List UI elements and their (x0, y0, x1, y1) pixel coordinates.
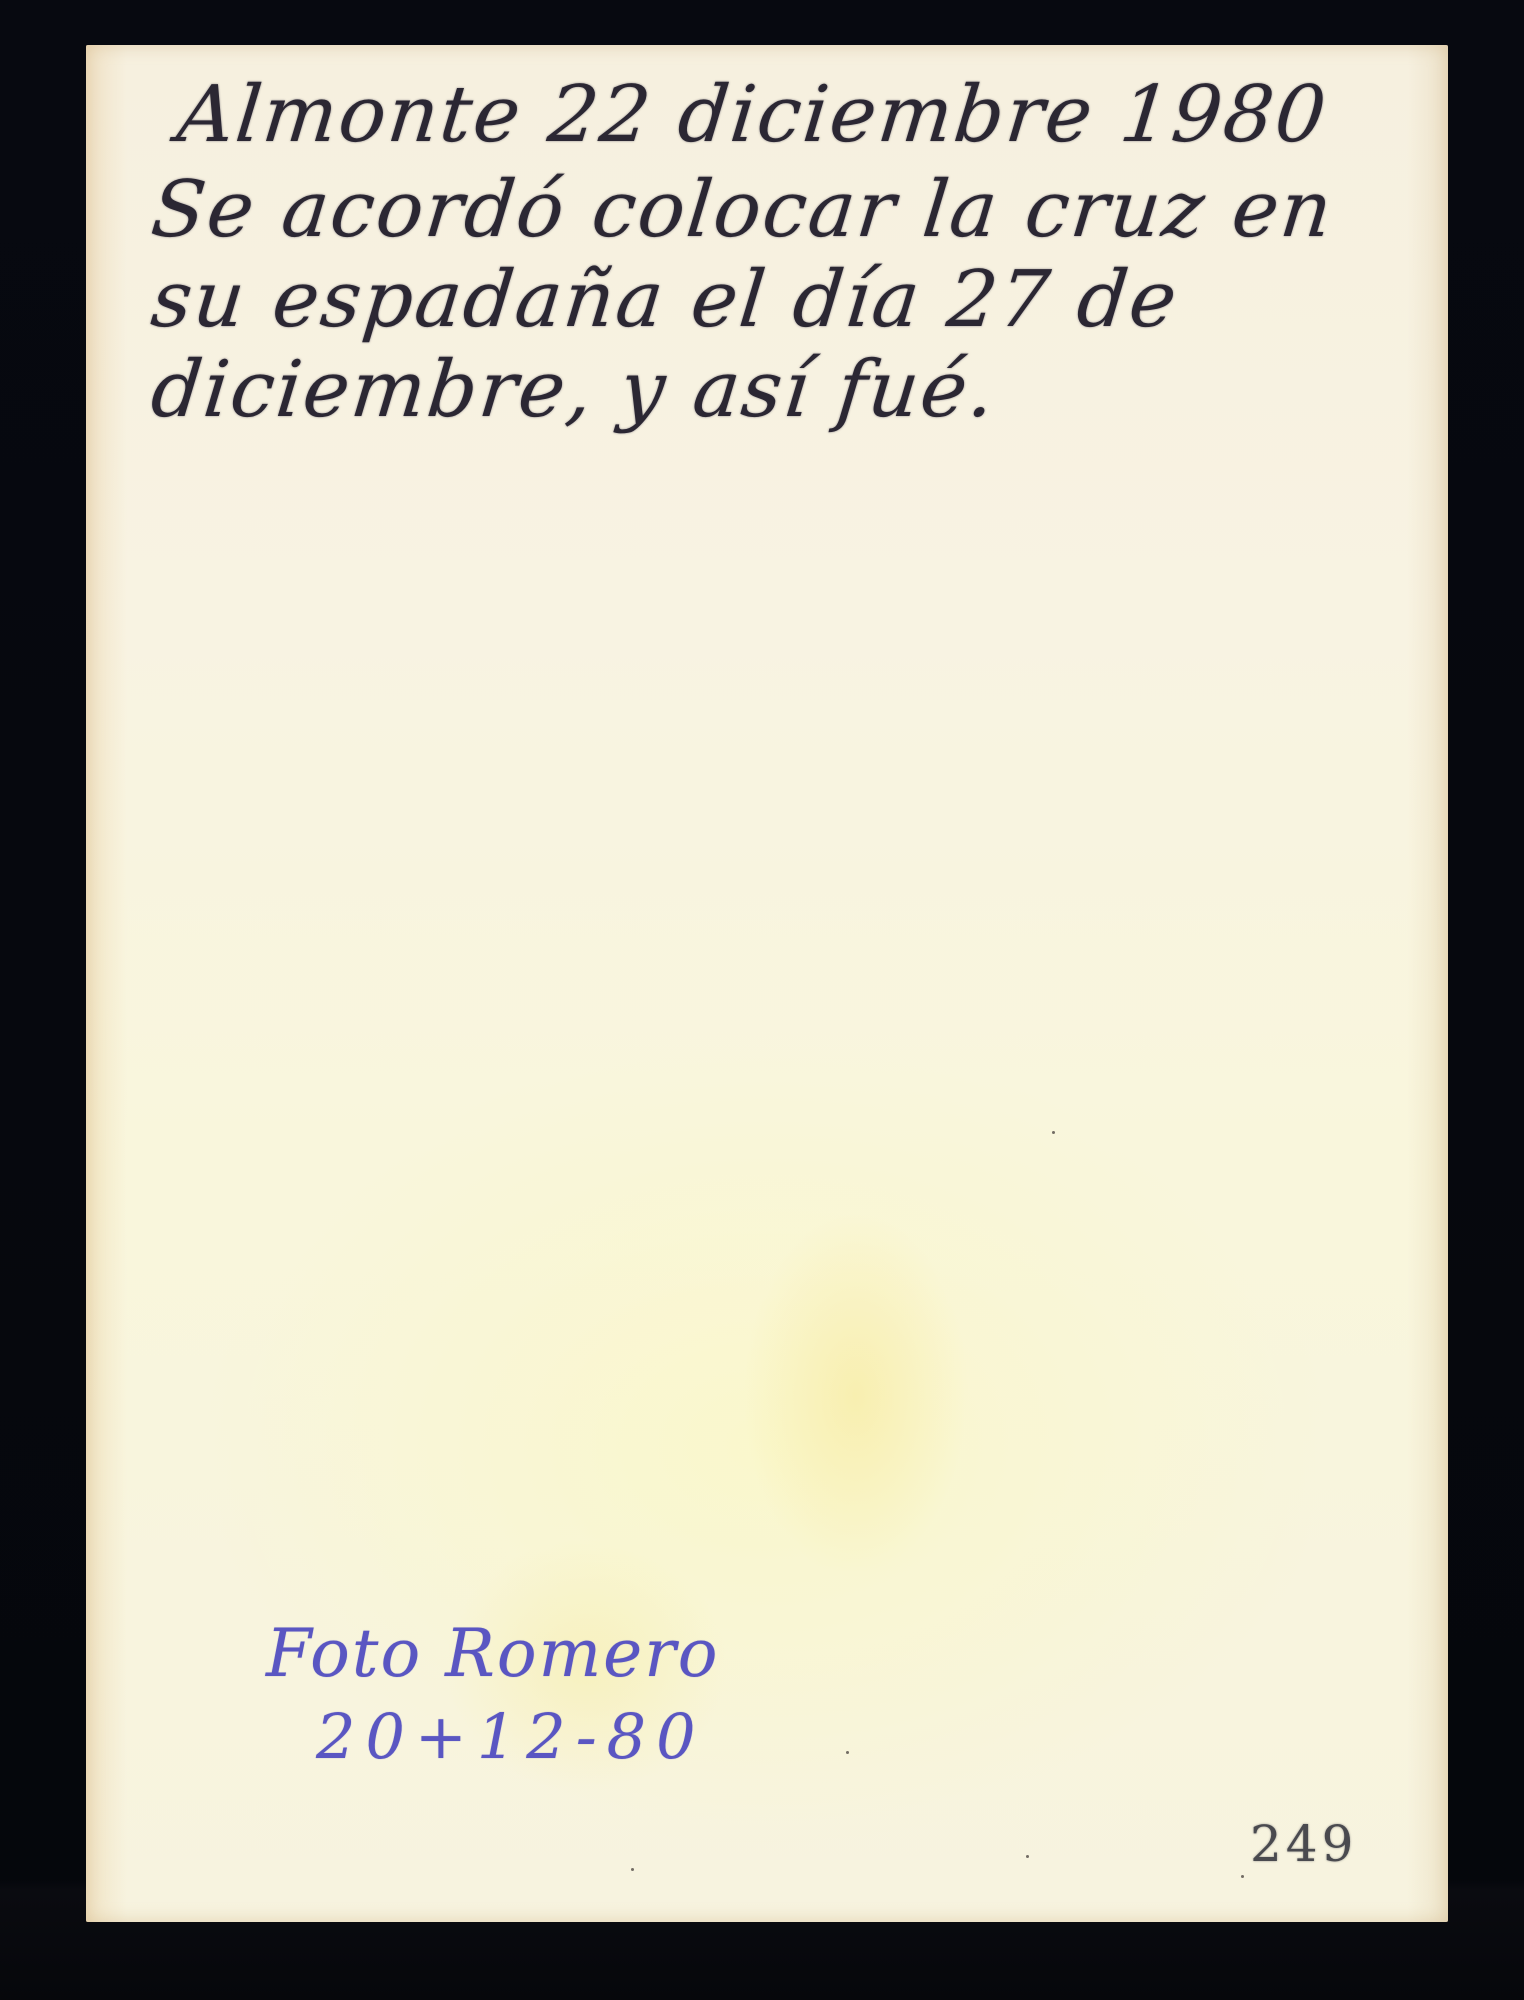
archive-number: 249 (1250, 1815, 1357, 1873)
note-line-1: Almonte 22 diciembre 1980 (173, 70, 1332, 160)
dust-speck (846, 1751, 849, 1754)
photographer-date: 20+12-80 (316, 1700, 706, 1773)
note-line-2: Se acordó colocar la cruz en (147, 165, 1338, 255)
dust-speck (631, 1868, 634, 1871)
note-line-3: su espadaña el día 27 de (147, 255, 1182, 345)
photo-card-back: Almonte 22 diciembre 1980 Se acordó colo… (86, 45, 1448, 1922)
dust-speck (1052, 1131, 1055, 1134)
photographer-name: Foto Romero (266, 1615, 720, 1692)
note-line-4: diciembre, y así fué. (147, 345, 1000, 435)
dust-speck (1026, 1855, 1029, 1858)
dust-speck (1241, 1875, 1244, 1878)
